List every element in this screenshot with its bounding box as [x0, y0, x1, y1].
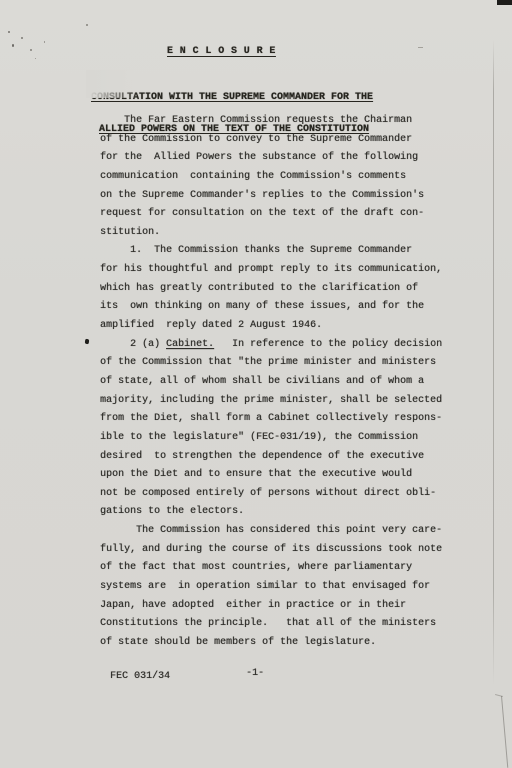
speckle — [8, 31, 10, 33]
text-line: Constitutions the principle. that all of… — [100, 615, 442, 634]
text-line: upon the Diet and to ensure that the exe… — [100, 466, 442, 485]
text-line: on the Supreme Commander's replies to th… — [100, 187, 442, 206]
text-line: of state should be members of the legisl… — [100, 634, 442, 653]
text-line: ible to the legislature" (FEC-031/19), t… — [100, 429, 442, 448]
text-line: communication containing the Commission'… — [100, 168, 442, 187]
speckle — [418, 47, 423, 48]
text-line: of state, all of whom shall be civilians… — [100, 373, 442, 392]
text-line: amplified reply dated 2 August 1946. — [100, 317, 442, 336]
speckle — [21, 37, 23, 39]
text-line: systems are in operation similar to that… — [100, 578, 442, 597]
text-line: stitution. — [100, 224, 442, 243]
text-line: The Far Eastern Commission requests the … — [100, 112, 442, 131]
margin-dot-mark — [85, 339, 90, 345]
speckle — [44, 41, 45, 43]
text-line: request for consultation on the text of … — [100, 205, 442, 224]
scan-corner-mark — [497, 0, 512, 5]
scanned-document-page: E N C L O S U R E CONSULTATION WITH THE … — [0, 0, 512, 768]
speckle — [30, 49, 32, 51]
text-line: desired to strengthen the dependence of … — [100, 448, 442, 467]
text-line: 1. The Commission thanks the Supreme Com… — [100, 242, 442, 261]
text-line: for his thoughtful and prompt reply to i… — [100, 261, 442, 280]
text-line: Japan, have adopted either in practice o… — [100, 597, 442, 616]
page-crease-line — [493, 40, 494, 685]
text-line: its own thinking on many of these issues… — [100, 298, 442, 317]
text-line: majority, including the prime minister, … — [100, 392, 442, 411]
text-line: 2 (a) Cabinet. In reference to the polic… — [100, 336, 442, 355]
footer-page-number: -1- — [246, 668, 264, 679]
document-body: The Far Eastern Commission requests the … — [100, 112, 442, 653]
text-line: of the Commission to convey to the Supre… — [100, 131, 442, 150]
text-line: of the Commission that "the prime minist… — [100, 354, 442, 373]
footer-doc-number: FEC 031/34 — [110, 671, 170, 682]
text-line: fully, and during the course of its disc… — [100, 541, 442, 560]
page-curl-hook — [495, 694, 503, 697]
text-line: gations to the electors. — [100, 503, 442, 522]
speckle — [35, 58, 36, 59]
heading-line-1: CONSULTATION WITH THE SUPREME COMMANDER … — [91, 93, 373, 104]
page-curl-line — [501, 696, 508, 768]
text-line: which has greatly contributed to the cla… — [100, 280, 442, 299]
speckle — [12, 44, 14, 47]
text-line: The Commission has considered this point… — [100, 522, 442, 541]
text-line: not be composed entirely of persons with… — [100, 485, 442, 504]
text-line: from the Diet, shall form a Cabinet coll… — [100, 410, 442, 429]
speckle — [86, 24, 88, 26]
text-line: of the fact that most countries, where p… — [100, 559, 442, 578]
text-line: for the Allied Powers the substance of t… — [100, 149, 442, 168]
document-title: E N C L O S U R E — [167, 46, 276, 57]
